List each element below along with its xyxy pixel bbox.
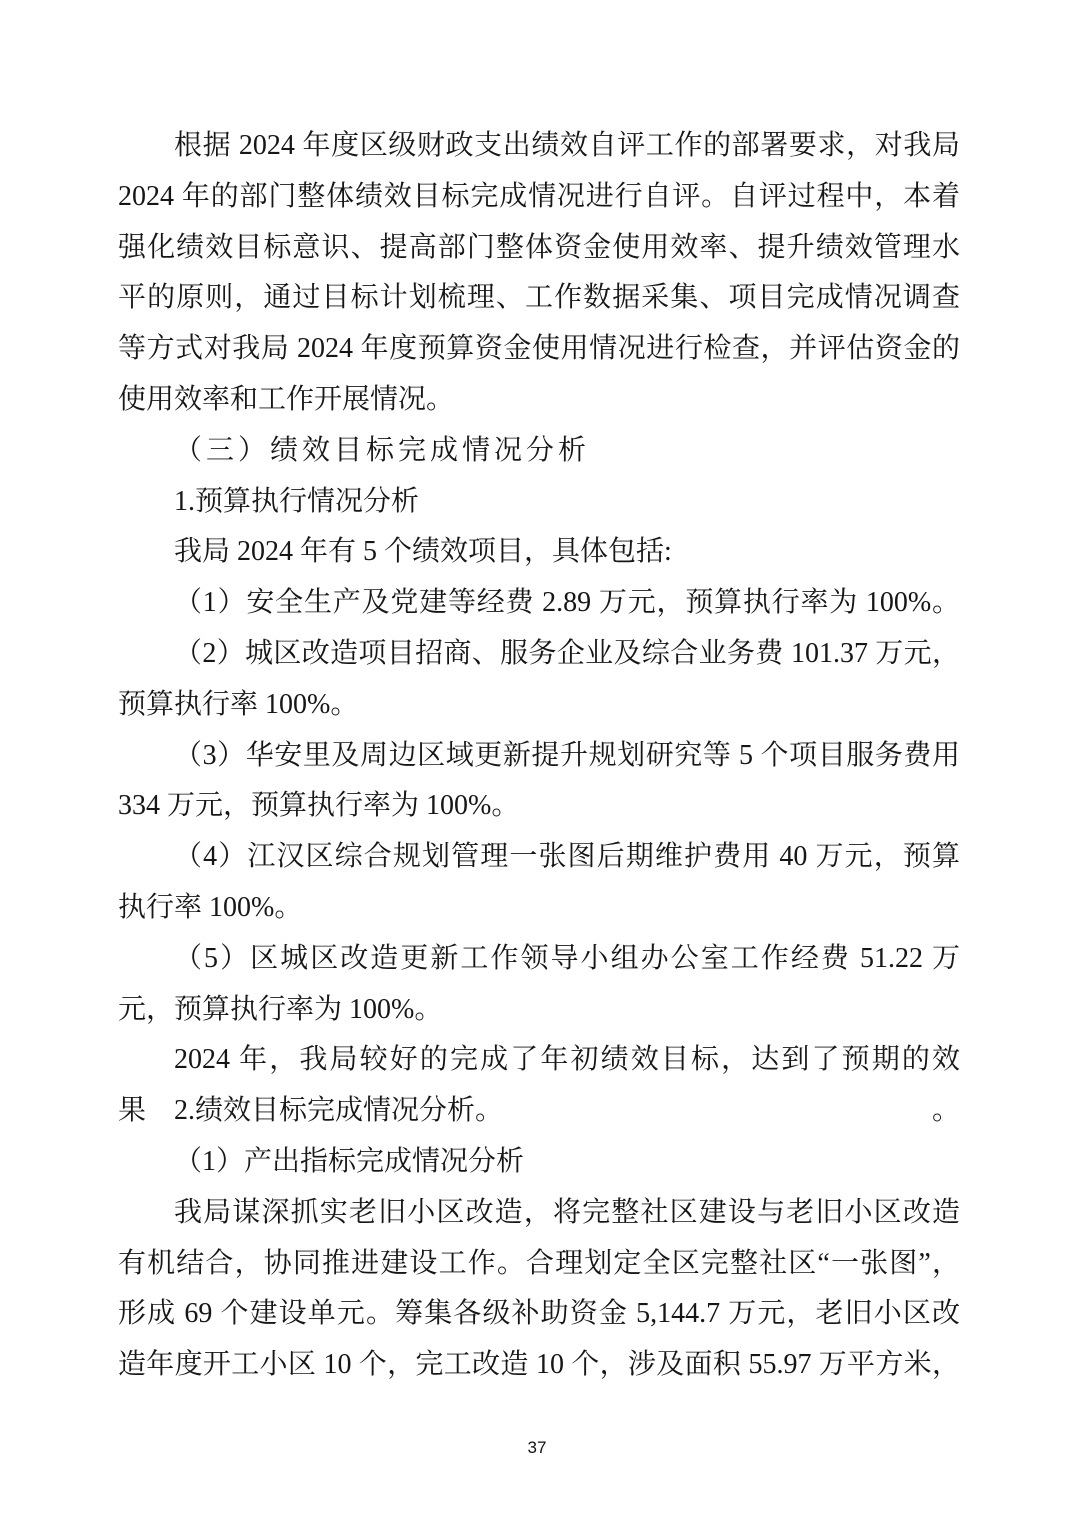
text-line: 等方式对我局 2024 年度预算资金使用情况进行检查，并评估资金的 <box>118 324 960 375</box>
text-line: 我局谋深抓实老旧小区改造，将完整社区建设与老旧小区改造 <box>118 1188 960 1239</box>
text-line: （1）产出指标完成情况分析 <box>118 1137 960 1188</box>
text-line: （1）安全生产及党建等经费 2.89 万元，预算执行率为 100%。 <box>118 578 960 629</box>
document-body: 根据 2024 年度区级财政支出绩效自评工作的部署要求，对我局 2024 年的部… <box>118 121 960 1391</box>
subsection-heading: 1.预算执行情况分析 <box>118 477 960 528</box>
text-line: （4）江汉区综合规划管理一张图后期维护费用 40 万元，预算 <box>118 832 960 883</box>
text-line: 形成 69 个建设单元。筹集各级补助资金 5,144.7 万元，老旧小区改 <box>118 1289 960 1340</box>
document-page: 根据 2024 年度区级财政支出绩效自评工作的部署要求，对我局 2024 年的部… <box>0 0 1074 1520</box>
text-line: 平的原则，通过目标计划梳理、工作数据采集、项目完成情况调查 <box>118 273 960 324</box>
text-line: 根据 2024 年度区级财政支出绩效自评工作的部署要求，对我局 <box>118 121 960 172</box>
text-line: 预算执行率 100%。 <box>118 680 960 731</box>
text-line: （5）区城区改造更新工作领导小组办公室工作经费 51.22 万 <box>118 934 960 985</box>
page-number: 37 <box>0 1438 1074 1458</box>
text-line: 2024 年的部门整体绩效目标完成情况进行自评。自评过程中，本着 <box>118 172 960 223</box>
text-line: （3）华安里及周边区域更新提升规划研究等 5 个项目服务费用 <box>118 731 960 782</box>
text-line: 2024 年，我局较好的完成了年初绩效目标，达到了预期的效果。 <box>118 1035 960 1086</box>
text-line: 元，预算执行率为 100%。 <box>118 985 960 1036</box>
text-line: 造年度开工小区 10 个，完工改造 10 个，涉及面积 55.97 万平方米， <box>118 1340 960 1391</box>
text-line: 334 万元，预算执行率为 100%。 <box>118 781 960 832</box>
text-line: （2）城区改造项目招商、服务企业及综合业务费 101.37 万元， <box>118 629 960 680</box>
section-heading: （三）绩效目标完成情况分析 <box>118 426 960 477</box>
text-line: 执行率 100%。 <box>118 883 960 934</box>
text-line: 强化绩效目标意识、提高部门整体资金使用效率、提升绩效管理水 <box>118 223 960 274</box>
text-line: 有机结合，协同推进建设工作。合理划定全区完整社区“一张图”， <box>118 1239 960 1290</box>
text-line: 我局 2024 年有 5 个绩效项目，具体包括: <box>118 527 960 578</box>
text-line: 使用效率和工作开展情况。 <box>118 375 960 426</box>
